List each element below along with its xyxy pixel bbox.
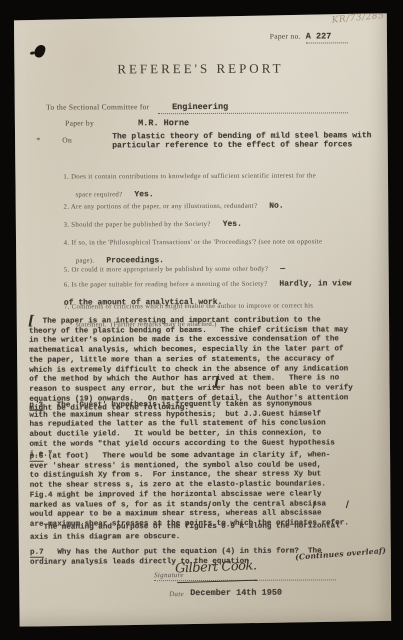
committee-label: To the Sectional Committee for [46, 102, 158, 111]
paper-by-label: Paper by [65, 118, 138, 127]
paragraph-label: p.3 [29, 402, 43, 411]
paragraph-text: The meaning and purpose of the figures 0… [30, 522, 340, 541]
question-3: 3. Should the paper be published by the … [64, 212, 370, 231]
question-text: 6. Is the paper suitable for reading bef… [64, 281, 268, 289]
signature-handwritten: Gilbert Cook. [175, 558, 257, 576]
on-asterisk: * [36, 136, 40, 145]
paragraph-label: p.7 [30, 549, 44, 558]
date-label: Date [169, 590, 184, 598]
paper-number: Paper no.A 227 [270, 31, 348, 41]
committee-value: Engineering [158, 102, 228, 112]
paragraph-label: p.6 [30, 453, 44, 462]
paper-by-line: Paper byM.R. Horne [65, 118, 189, 129]
date-value: December 14th 1950 [190, 588, 282, 598]
paper-number-value: A 227 [306, 31, 348, 43]
question-text: 2. Are any portions of the paper, or any… [63, 203, 257, 211]
paper-by-value: M.R. Horne [138, 118, 189, 128]
paper-number-label: Paper no. [270, 32, 301, 41]
document-page: KR/73/285 Paper no.A 227 REFEREE'S REPOR… [12, 13, 392, 627]
question-2: 2. Are any portions of the paper, or any… [63, 194, 369, 213]
referee-paragraph: The meaning and purpose of the figures 0… [30, 521, 384, 542]
handwritten-ref: KR/73/285 [332, 11, 385, 26]
paper-title-value: The plastic theory of bending of mild st… [112, 132, 384, 151]
paragraph-text: The 'Guest' hypothesis is frequently tak… [29, 401, 334, 459]
question-text: 3. Should the paper be published by the … [64, 221, 211, 229]
paragraph-text: (at foot) There would be some advantage … [30, 451, 349, 528]
on-label: On [62, 136, 72, 145]
ink-blot [33, 43, 46, 58]
committee-line: To the Sectional Committee for Engineeri… [46, 101, 348, 114]
committee-underline: Engineering [158, 101, 348, 114]
referee-paragraph: p.6 (at foot) There would be some advant… [30, 450, 384, 529]
page-title: REFEREE'S REPORT [12, 60, 389, 78]
question-answer: No. [269, 202, 283, 211]
scan-background: KR/73/285 Paper no.A 227 REFEREE'S REPOR… [0, 0, 403, 640]
question-answer: Yes. [223, 220, 242, 229]
